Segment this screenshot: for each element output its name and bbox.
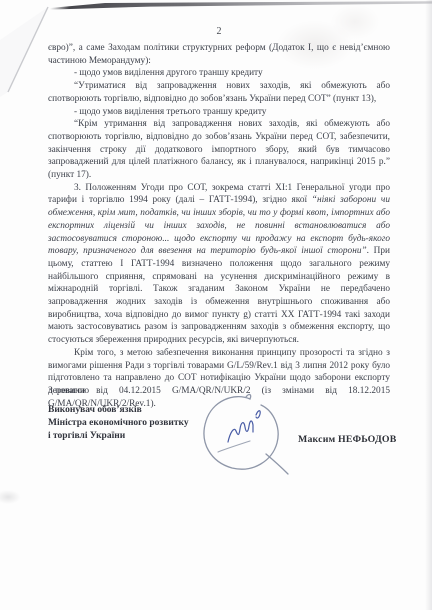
- signature-accent: [256, 411, 260, 418]
- signature-ink: [188, 388, 300, 484]
- page-corner-fold: [8, 7, 48, 92]
- signer-title-line1: Виконувач обов’язків: [48, 404, 189, 417]
- signer-title-line2: Міністра економічного розвитку: [48, 417, 189, 430]
- top-scan-bar: [50, 1, 432, 9]
- paragraph-intro: євро)”, а саме Заходам політики структур…: [48, 42, 390, 67]
- bullet-third-tranche: - щодо умов виділення третього траншу кр…: [48, 106, 390, 119]
- quote-point-13: “Утриматися від запровадження нових захо…: [48, 80, 390, 105]
- closing-salutation: З повагою: [48, 386, 89, 396]
- signer-title-block: Виконувач обов’язків Міністра економічно…: [48, 404, 189, 444]
- letter-body: євро)”, а саме Заходам політики структур…: [48, 42, 390, 410]
- signature-oval: [204, 395, 278, 470]
- scanned-letter-page: 2 євро)”, а саме Заходам політики структ…: [0, 0, 432, 610]
- signature-initials: [228, 421, 253, 442]
- quote-point-17: “Крім утримання від запровадження нових …: [48, 118, 390, 182]
- paragraph-wto-gatt: 3. Положенням Угоди про СОТ, зокрема ста…: [48, 182, 390, 347]
- signer-title-line3: і торгівлі України: [48, 430, 189, 443]
- signer-name: Максим НЕФЬОДОВ: [298, 434, 397, 445]
- signature-understroke: [218, 441, 250, 452]
- signature-tail: [266, 454, 288, 474]
- page-number: 2: [48, 26, 390, 37]
- gatt-paragraph-rest: . При цьому, статтею І ГАТТ-1994 визначе…: [48, 246, 390, 345]
- page-corner-shade: [0, 7, 48, 97]
- bullet-second-tranche: - щодо умов виділення другого траншу кре…: [48, 67, 390, 80]
